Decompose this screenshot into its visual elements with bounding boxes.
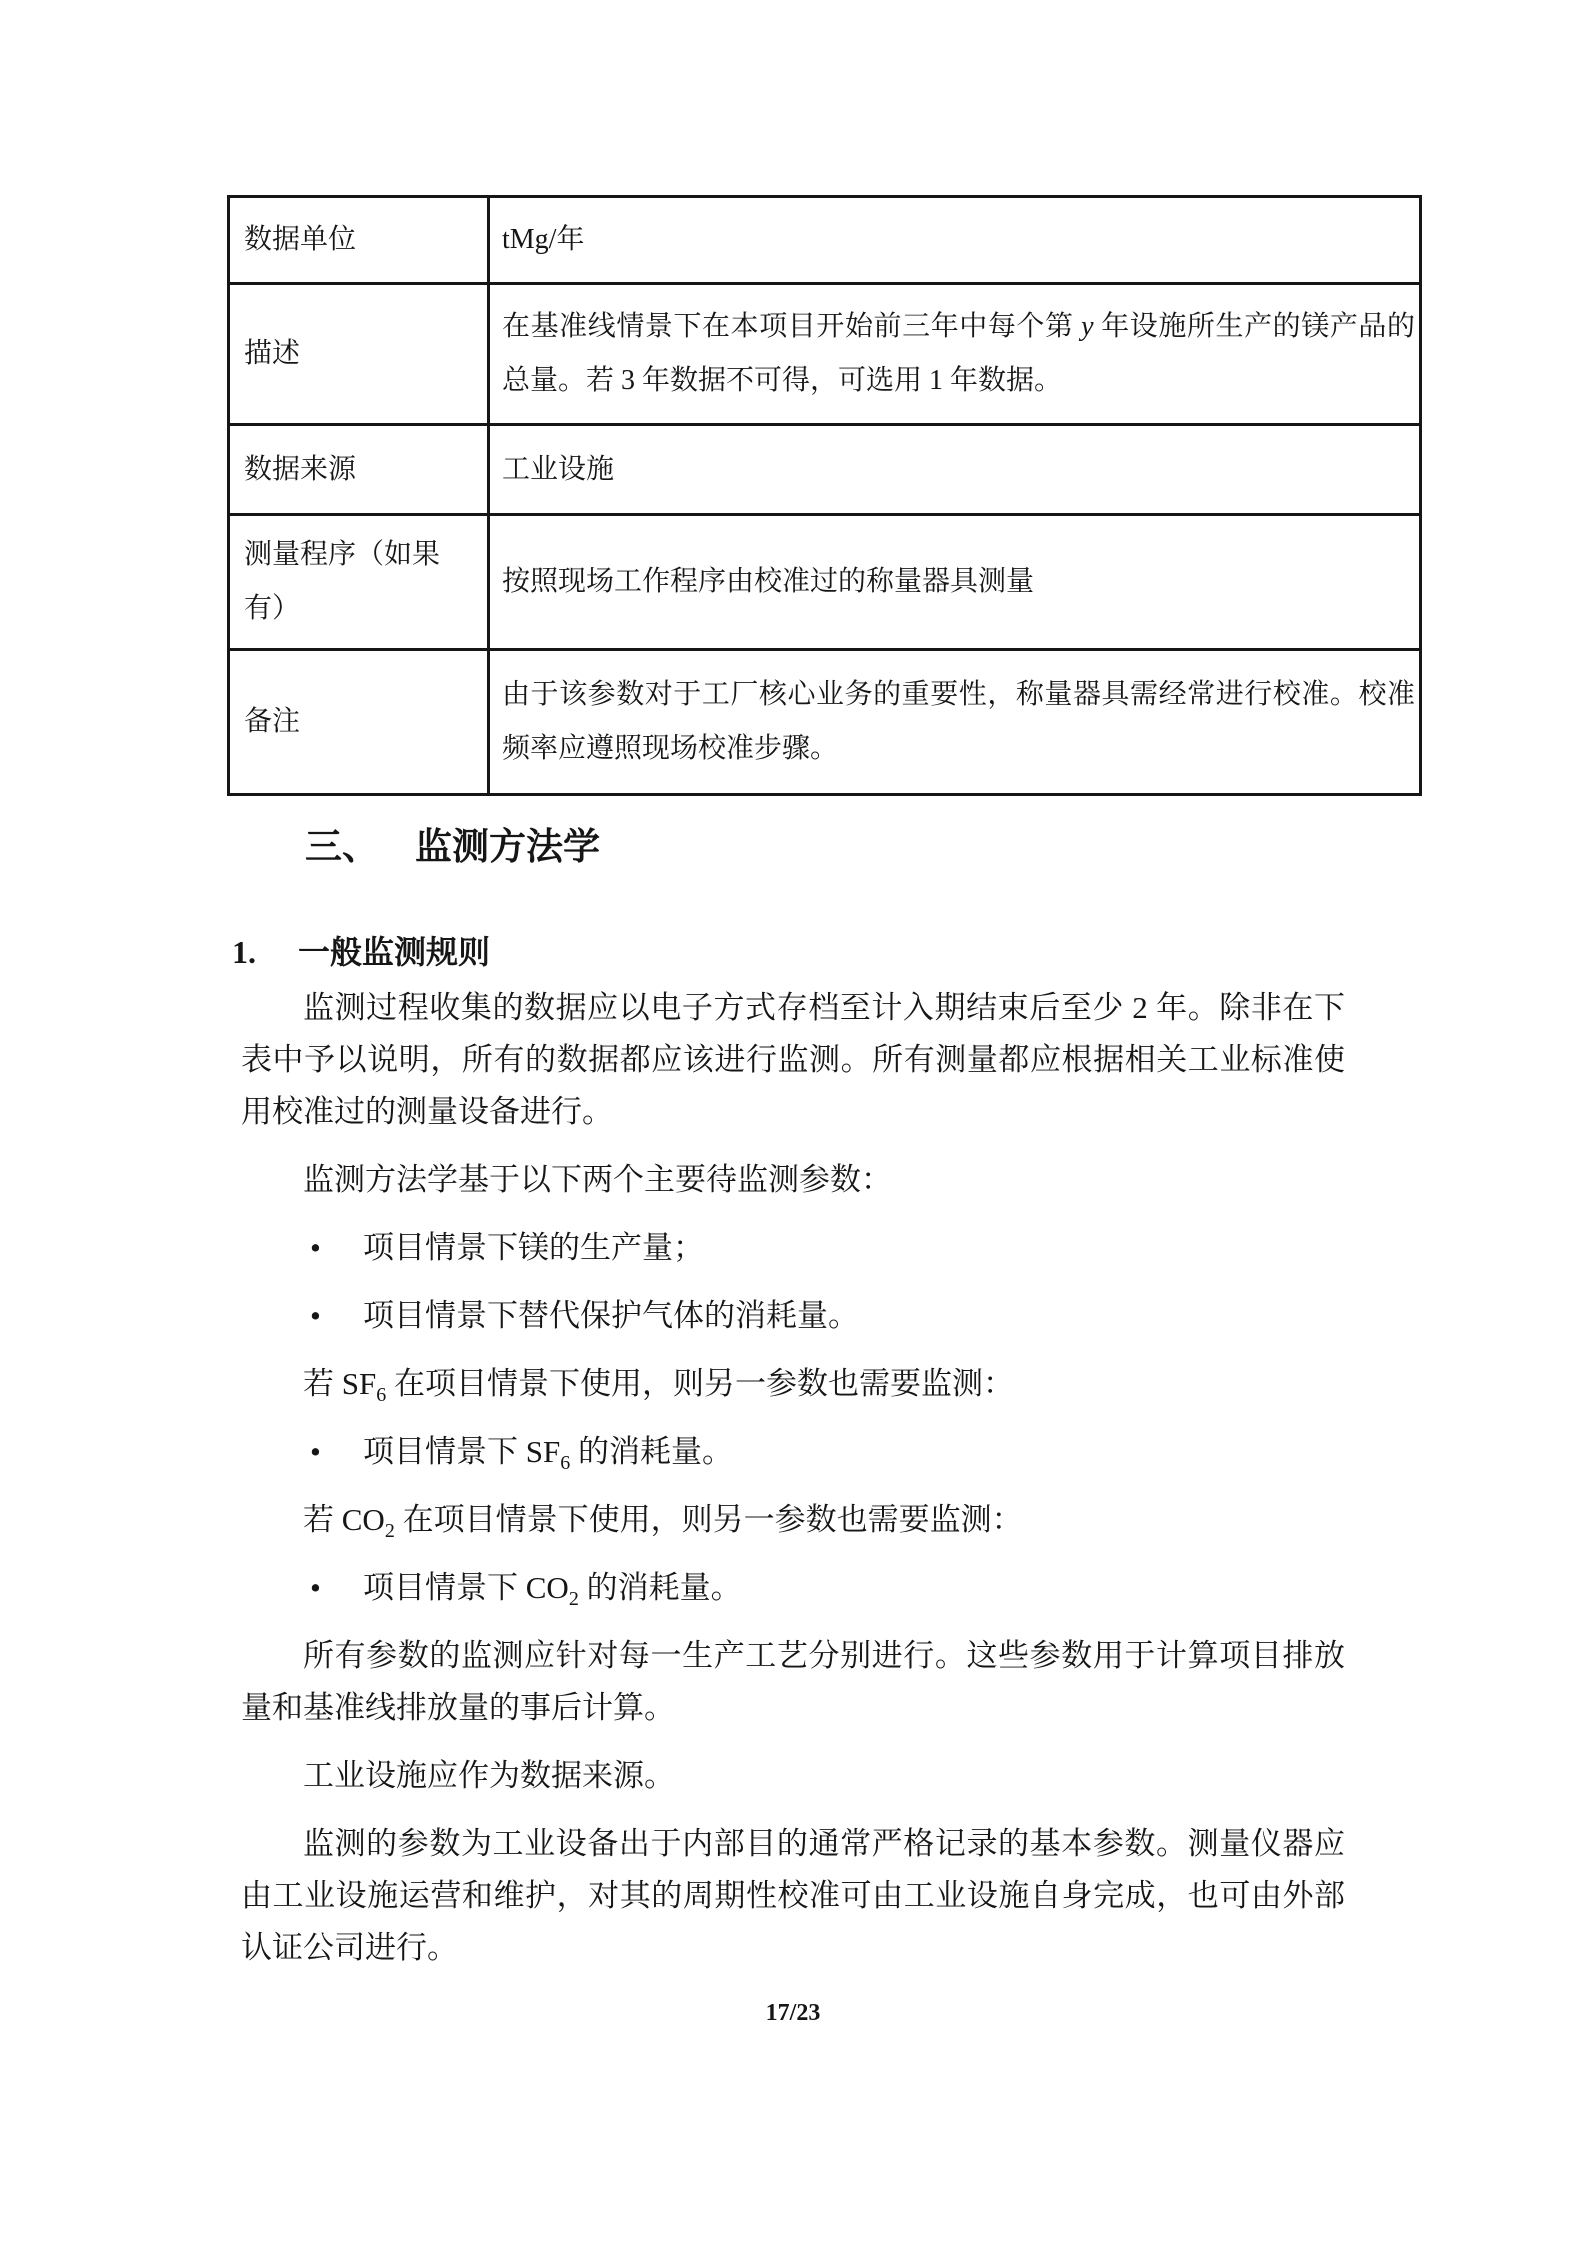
paragraph-general-rules: 监测过程收集的数据应以电子方式存档至计入期结束后至少 2 年。除非在下表中予以说… [241, 982, 1345, 1138]
table-row-remarks: 备注 由于该参数对于工厂核心业务的重要性，称量器具需经常进行校准。校准频率应遵照… [229, 650, 1421, 795]
row-label: 数据来源 [244, 454, 356, 485]
bullet-icon: • [310, 1290, 321, 1342]
subsection-number: 1. [232, 934, 256, 970]
text-pre: 若 SF [303, 1366, 376, 1401]
bullet-item-cover-gas: •项目情景下替代保护气体的消耗量。 [241, 1290, 1345, 1342]
table-row-data-source: 数据来源 工业设施 [229, 425, 1421, 515]
bullet-text: 项目情景下镁的生产量； [363, 1230, 704, 1265]
row-label: 数据单位 [244, 224, 356, 255]
bullet-item-sf6-consumption: •项目情景下 SF6 的消耗量。 [241, 1426, 1345, 1478]
table-row-data-unit: 数据单位 tMg/年 [229, 197, 1421, 284]
bullet-text: 项目情景下 SF6 的消耗量。 [363, 1434, 733, 1469]
paragraph-parameters-intro: 监测方法学基于以下两个主要待监测参数： [241, 1154, 1345, 1206]
subsection-heading: 1.一般监测规则 [232, 930, 1587, 974]
bullet-icon: • [310, 1426, 321, 1478]
text-post: 在项目情景下使用，则另一参数也需要监测： [395, 1502, 1023, 1537]
table-cell-value: tMg/年 [489, 197, 1421, 284]
bullet-text: 项目情景下替代保护气体的消耗量。 [363, 1298, 859, 1333]
parameter-table: 数据单位 tMg/年 描述 在基准线情景下在本项目开始前三年中每个第 y 年设施… [227, 195, 1422, 796]
paragraph-monitoring-per-process: 所有参数的监测应针对每一生产工艺分别进行。这些参数用于计算项目排放量和基准线排放… [241, 1630, 1345, 1734]
table-cell-value: 工业设施 [489, 425, 1421, 515]
row-value: tMg/年 [502, 224, 584, 255]
row-label: 备注 [244, 706, 300, 737]
paragraph-instruments: 监测的参数为工业设备出于内部目的通常严格记录的基本参数。测量仪器应由工业设施运营… [241, 1818, 1345, 1974]
table-cell-label: 描述 [229, 284, 489, 425]
subscript: 6 [560, 1452, 570, 1474]
table-cell-label: 数据单位 [229, 197, 489, 284]
table-cell-label: 测量程序（如果有） [229, 515, 489, 650]
row-value: 由于该参数对于工厂核心业务的重要性，称量器具需经常进行校准。校准频率应遵照现场校… [502, 679, 1415, 764]
text-pre: 项目情景下 SF [363, 1434, 560, 1469]
text-post: 的消耗量。 [579, 1570, 742, 1605]
page-number: 17/23 [241, 2000, 1345, 2027]
paragraph-sf6-condition: 若 SF6 在项目情景下使用，则另一参数也需要监测： [241, 1358, 1345, 1410]
variable-y: y [1081, 311, 1093, 342]
section-title: 监测方法学 [415, 827, 600, 868]
row-value-pre: 在基准线情景下在本项目开始前三年中每个第 [502, 311, 1081, 342]
bullet-item-co2-consumption: •项目情景下 CO2 的消耗量。 [241, 1562, 1345, 1614]
table-cell-value: 由于该参数对于工厂核心业务的重要性，称量器具需经常进行校准。校准频率应遵照现场校… [489, 650, 1421, 795]
subscript: 2 [569, 1588, 579, 1610]
text-post: 的消耗量。 [570, 1434, 733, 1469]
subsection-title: 一般监测规则 [298, 934, 490, 970]
paragraph-data-source: 工业设施应作为数据来源。 [241, 1750, 1345, 1802]
row-value: 工业设施 [502, 454, 614, 485]
table-row-description: 描述 在基准线情景下在本项目开始前三年中每个第 y 年设施所生产的镁产品的总量。… [229, 284, 1421, 425]
text-pre: 若 CO [303, 1502, 385, 1537]
section-number: 三、 [305, 827, 379, 868]
document-page: 数据单位 tMg/年 描述 在基准线情景下在本项目开始前三年中每个第 y 年设施… [0, 0, 1587, 2245]
text-post: 在项目情景下使用，则另一参数也需要监测： [386, 1366, 1014, 1401]
section-heading: 三、监测方法学 [305, 826, 1587, 870]
bullet-item-mg-production: •项目情景下镁的生产量； [241, 1222, 1345, 1274]
subscript: 2 [385, 1520, 395, 1542]
subscript: 6 [376, 1384, 386, 1406]
bullet-icon: • [310, 1562, 321, 1614]
paragraph-co2-condition: 若 CO2 在项目情景下使用，则另一参数也需要监测： [241, 1494, 1345, 1546]
table-cell-value: 按照现场工作程序由校准过的称量器具测量 [489, 515, 1421, 650]
row-value: 按照现场工作程序由校准过的称量器具测量 [502, 566, 1034, 597]
bullet-icon: • [310, 1222, 321, 1274]
row-label: 测量程序（如果有） [244, 539, 440, 624]
table-cell-value: 在基准线情景下在本项目开始前三年中每个第 y 年设施所生产的镁产品的总量。若 3… [489, 284, 1421, 425]
row-label: 描述 [244, 338, 300, 369]
table-cell-label: 备注 [229, 650, 489, 795]
text-pre: 项目情景下 CO [363, 1570, 569, 1605]
bullet-text: 项目情景下 CO2 的消耗量。 [363, 1570, 742, 1605]
table-row-measurement-procedure: 测量程序（如果有） 按照现场工作程序由校准过的称量器具测量 [229, 515, 1421, 650]
table-cell-label: 数据来源 [229, 425, 489, 515]
